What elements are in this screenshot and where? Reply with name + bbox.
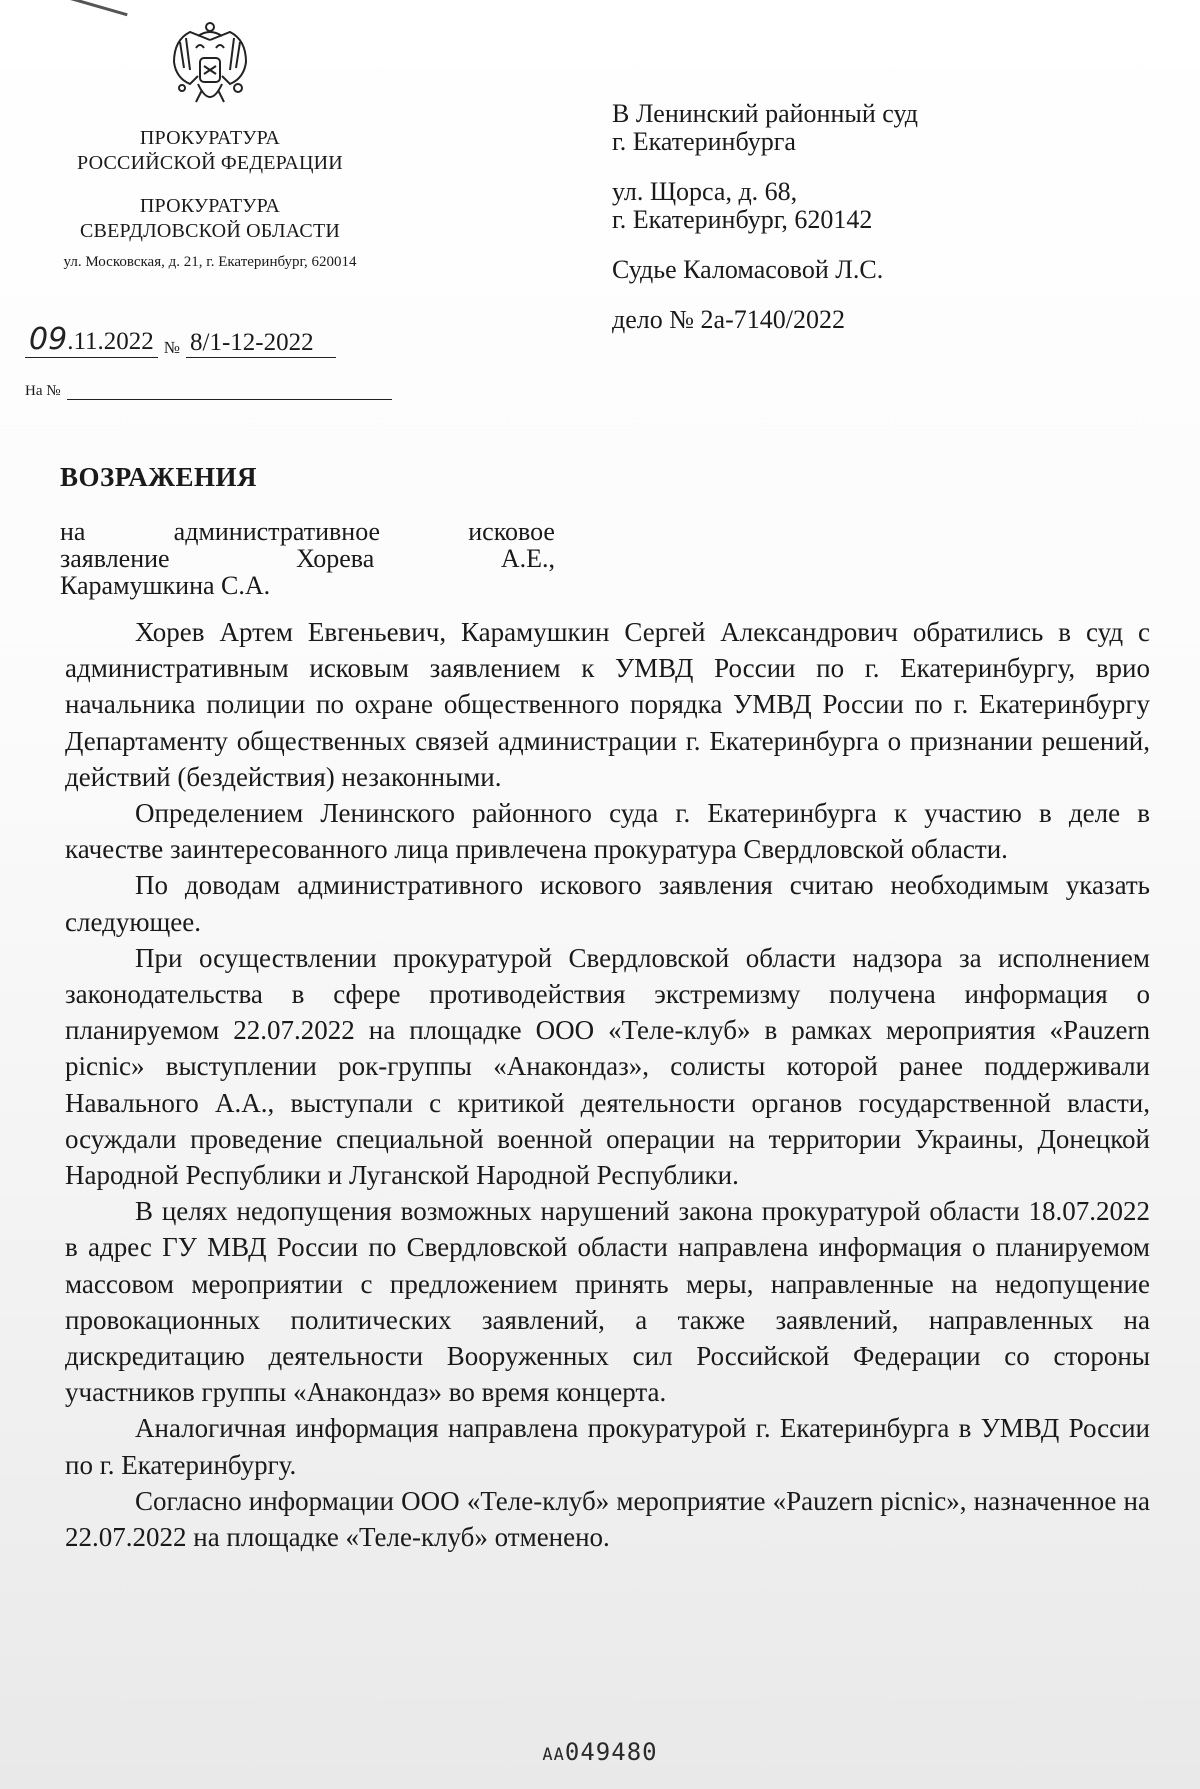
- date-month-year: .11.2022: [67, 328, 154, 355]
- paragraph: Аналогичная информация направлена прокур…: [65, 1410, 1150, 1482]
- pen-mark: [60, 0, 128, 16]
- reply-to-label: На №: [25, 383, 61, 400]
- subject-word: Хорева: [296, 545, 374, 572]
- court-address-line2: г. Екатеринбург, 620142: [612, 206, 918, 234]
- outgoing-date-number: 09.11.2022 № 8/1-12-2022: [25, 322, 336, 358]
- paragraph: Согласно информации ООО «Теле-клуб» меро…: [65, 1483, 1150, 1555]
- addressee-block: В Ленинский районный суд г. Екатеринбург…: [612, 100, 918, 356]
- serial-digits: 049480: [565, 1738, 658, 1766]
- subject-word: исковое: [468, 518, 555, 545]
- coat-of-arms-icon: [160, 18, 260, 118]
- paragraph: По доводам административного искового за…: [65, 867, 1150, 939]
- document-body: Хорев Артем Евгеньевич, Карамушкин Серге…: [65, 614, 1150, 1555]
- paragraph: Хорев Артем Евгеньевич, Карамушкин Серге…: [65, 614, 1150, 795]
- court-address-line1: ул. Щорса, д. 68,: [612, 178, 918, 206]
- document-title: ВОЗРАЖЕНИЯ: [60, 462, 257, 493]
- subject-line: Карамушкина С.А.: [60, 572, 555, 599]
- sub-org-name-line1: ПРОКУРАТУРА: [0, 194, 420, 219]
- subject-word: на: [60, 518, 85, 545]
- letterhead: ПРОКУРАТУРА РОССИЙСКОЙ ФЕДЕРАЦИИ ПРОКУРА…: [0, 18, 420, 271]
- case-number: дело № 2а-7140/2022: [612, 306, 918, 334]
- subject-word: А.Е.,: [501, 545, 555, 572]
- outgoing-number: 8/1-12-2022: [186, 329, 336, 358]
- court-name-line1: В Ленинский районный суд: [612, 100, 918, 128]
- subject-word: заявление: [60, 545, 170, 572]
- document-subject: на административное исковое заявление Хо…: [60, 518, 555, 599]
- outgoing-date: 09.11.2022: [25, 322, 158, 358]
- paragraph: В целях недопущения возможных нарушений …: [65, 1193, 1150, 1410]
- reply-to-field: [67, 385, 392, 400]
- paragraph: При осуществлении прокуратурой Свердловс…: [65, 940, 1150, 1193]
- org-name-line1: ПРОКУРАТУРА: [0, 126, 420, 151]
- handwritten-day: 09: [29, 322, 67, 357]
- number-label: №: [164, 338, 180, 358]
- judge-name: Судье Каломасовой Л.С.: [612, 256, 918, 284]
- subject-word: административное: [174, 518, 380, 545]
- org-address: ул. Московская, д. 21, г. Екатеринбург, …: [0, 254, 420, 271]
- serial-prefix: АА: [542, 1745, 564, 1765]
- reply-to-row: На №: [25, 383, 392, 400]
- paragraph: Определением Ленинского районного суда г…: [65, 795, 1150, 867]
- org-name-line2: РОССИЙСКОЙ ФЕДЕРАЦИИ: [0, 151, 420, 176]
- form-serial-number: АА049480: [0, 1738, 1200, 1766]
- court-name-line2: г. Екатеринбурга: [612, 128, 918, 156]
- sub-org-name-line2: СВЕРДЛОВСКОЙ ОБЛАСТИ: [0, 219, 420, 244]
